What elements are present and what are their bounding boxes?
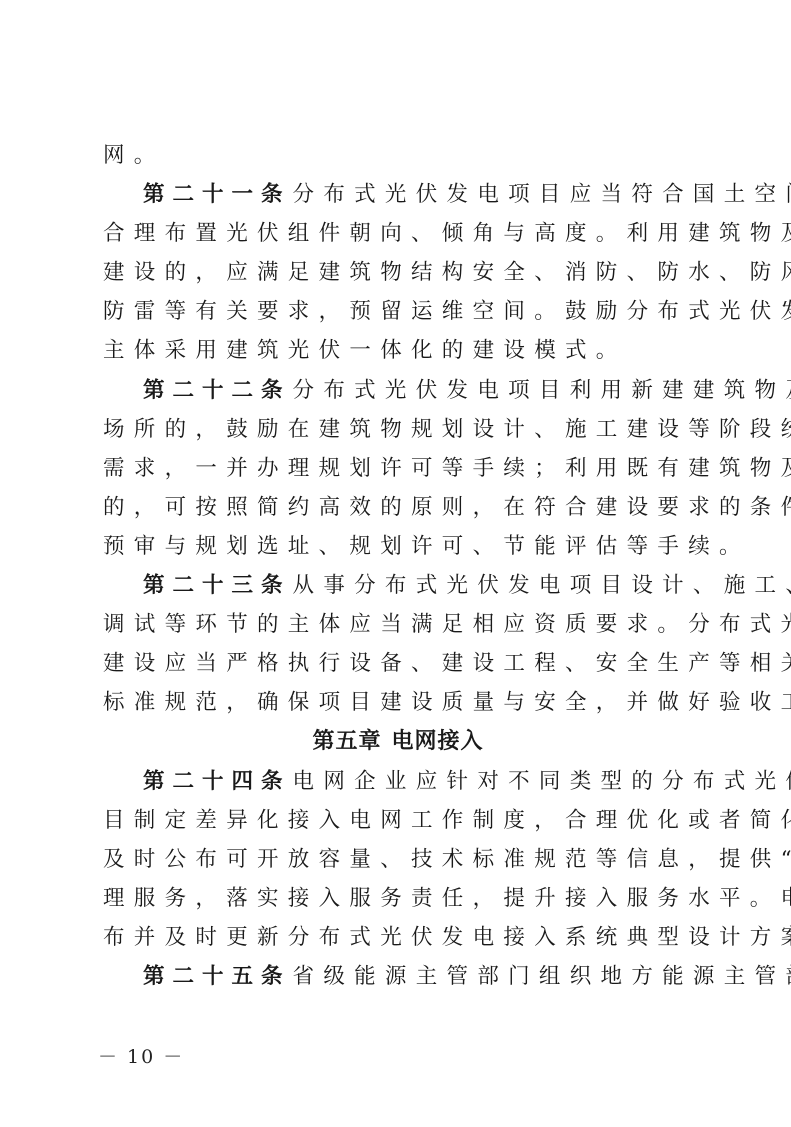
article-24-line-4: 理服务，落实接入服务责任，提升接入服务水平。电网企业应公	[103, 879, 693, 918]
article-22-line-5: 预审与规划选址、规划许可、节能评估等手续。	[103, 527, 693, 566]
article-21-line-1: 第二十一条分布式光伏发电项目应当符合国土空间规划，	[103, 175, 693, 214]
document-body: 网。 第二十一条分布式光伏发电项目应当符合国土空间规划， 合理布置光伏组件朝向、…	[103, 136, 693, 996]
article-22-line-2: 场所的，鼓励在建筑物规划设计、施工建设等阶段统筹考虑安装	[103, 410, 693, 449]
article-23-line-4: 标准规范，确保项目建设质量与安全，并做好验收工作。	[103, 683, 693, 722]
continuation-line: 网。	[103, 136, 693, 175]
article-24-line-5: 布并及时更新分布式光伏发电接入系统典型设计方案。	[103, 918, 693, 957]
article-24-number: 第二十四条	[143, 769, 291, 794]
article-text: 分布式光伏发电项目利用新建建筑物及其附属	[293, 378, 791, 403]
article-23-number: 第二十三条	[143, 573, 291, 598]
article-24-line-2: 目制定差异化接入电网工作制度，合理优化或者简化工作流程，	[103, 801, 693, 840]
article-21-line-2: 合理布置光伏组件朝向、倾角与高度。利用建筑物及其附属场所	[103, 214, 693, 253]
article-22-number: 第二十二条	[143, 378, 291, 403]
document-page: 网。 第二十一条分布式光伏发电项目应当符合国土空间规划， 合理布置光伏组件朝向、…	[0, 0, 791, 1127]
article-25-line-1: 第二十五条省级能源主管部门组织地方能源主管部门、电	[103, 957, 693, 996]
chapter-number: 第五章	[312, 729, 381, 754]
article-text: 电网企业应针对不同类型的分布式光伏发电项	[293, 769, 791, 794]
article-21-number: 第二十一条	[143, 182, 291, 207]
article-21-line-3: 建设的，应满足建筑物结构安全、消防、防水、防风、防冰雪、	[103, 253, 693, 292]
page-number: － 10 －	[98, 1042, 184, 1069]
article-21-line-4: 防雷等有关要求，预留运维空间。鼓励分布式光伏发电项目投资	[103, 292, 693, 331]
article-21-line-5: 主体采用建筑光伏一体化的建设模式。	[103, 331, 693, 370]
article-24-line-1: 第二十四条电网企业应针对不同类型的分布式光伏发电项	[103, 762, 693, 801]
article-23-line-3: 建设应当严格执行设备、建设工程、安全生产等相关管理规定和	[103, 644, 693, 683]
article-text: 省级能源主管部门组织地方能源主管部门、电	[293, 964, 791, 989]
article-22-line-3: 需求，一并办理规划许可等手续；利用既有建筑物及其附属场所	[103, 449, 693, 488]
article-22-line-1: 第二十二条分布式光伏发电项目利用新建建筑物及其附属	[103, 371, 693, 410]
article-22-line-4: 的，可按照简约高效的原则，在符合建设要求的条件下免除用地	[103, 488, 693, 527]
chapter-heading: 第五章电网接入	[103, 722, 693, 761]
article-text: 从事分布式光伏发电项目设计、施工、安装、	[293, 573, 791, 598]
chapter-title: 电网接入	[392, 729, 484, 754]
article-23-line-1: 第二十三条从事分布式光伏发电项目设计、施工、安装、	[103, 566, 693, 605]
article-text: 分布式光伏发电项目应当符合国土空间规划，	[293, 182, 791, 207]
article-25-number: 第二十五条	[143, 964, 291, 989]
article-23-line-2: 调试等环节的主体应当满足相应资质要求。分布式光伏发电项目	[103, 605, 693, 644]
article-24-line-3: 及时公布可开放容量、技术标准规范等信息，提供“一站式”办	[103, 840, 693, 879]
